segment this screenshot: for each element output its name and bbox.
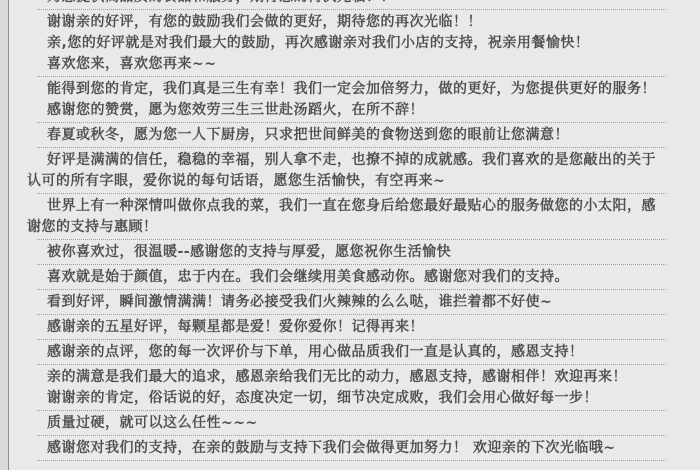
reply-item: 看到好评，瞬间激情满满！请务必接受我们火辣辣的么么哒，谁拦着都不好使~ [27,292,670,313]
divider [37,264,666,265]
divider [37,364,666,365]
reply-item: 世界上有一种深情叫做你点我的菜，我们一直在您身后给您最好最贴心的服务做您的小太阳… [27,196,670,238]
divider [37,289,666,290]
reply-item: 喜欢就是始于颜值，忠于内在。我们会继续用美食感动你。感谢您对我们的支持。 [27,267,670,288]
divider [37,410,666,411]
divider [37,193,666,194]
reply-item: 为您提供高品质的食品和服务，期待您的再次光临！！ [27,0,670,8]
reply-item: 春夏或秋冬，愿为您一人下厨房，只求把世间鲜美的食物送到您的眼前让您满意！ [27,125,670,146]
divider [37,9,666,10]
reply-item: 亲的满意是我们最大的追求，感恩亲给我们无比的动力，感恩支持，感谢相伴！欢迎再来！ [27,367,670,388]
reply-item: 好评是满满的信任，稳稳的幸福，别人拿不走，也撩不掉的成就感。我们喜欢的是您敲出的… [27,150,670,192]
divider [37,147,666,148]
reply-item: 能得到您的肯定，我们真是三生有幸！我们一定会加倍努力，做的更好，为您提供更好的服… [27,79,670,100]
reply-item: 亲,您的好评就是对我们最大的鼓励，再次感谢亲对我们小店的支持，祝亲用餐愉快！ [27,33,670,54]
divider [37,239,666,240]
reply-item: 感谢亲的点评，您的每一次评价与下单，用心做品质我们一直是认真的，感恩支持！ [27,342,670,363]
reply-item: 质量过硬，就可以这么任性~~~ [27,413,670,434]
divider [37,76,666,77]
reply-item: 谢谢亲的好评，有您的鼓励我们会做的更好，期待您的再次光临！！ [27,12,670,33]
reply-list: 为您提供高品质的食品和服务，期待您的再次光临！！ 谢谢亲的好评，有您的鼓励我们会… [9,0,700,470]
reply-item: 谢谢亲的肯定，俗话说的好，态度决定一切，细节决定成败，我们会用心做好每一步！ [27,388,670,409]
reply-item: 感谢亲的五星好评，每颗星都是爱！爱你爱你！记得再来！ [27,317,670,338]
review-reply-list-page: 为您提供高品质的食品和服务，期待您的再次光临！！ 谢谢亲的好评，有您的鼓励我们会… [0,0,700,470]
reply-item: 喜欢您来，喜欢您再来~~ [27,54,670,75]
reply-item: 被你喜欢过，很温暖--感谢您的支持与厚爱，愿您祝你生活愉快 [27,242,670,263]
left-edge-border [0,0,9,470]
reply-item: 感谢您的赞赏，愿为您效劳三生三世赴汤蹈火，在所不辞！ [27,100,670,121]
reply-item: 感谢您对我们的支持，在亲的鼓励与支持下我们会做得更加努力！ 欢迎亲的下次光临哦~ [27,438,670,459]
divider [37,460,666,461]
divider [37,122,666,123]
divider [37,314,666,315]
divider [37,339,666,340]
divider [37,435,666,436]
